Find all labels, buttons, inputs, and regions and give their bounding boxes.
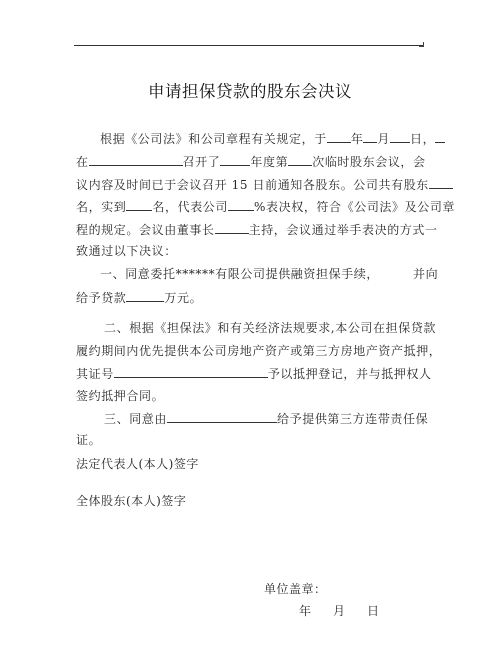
header-corner-mark [419, 42, 424, 47]
blank-certificate-number[interactable] [114, 366, 268, 378]
blank-location[interactable] [89, 154, 183, 166]
blank-fiscal-year[interactable] [220, 154, 250, 166]
item2-line2: 履约期间内优先提供本公司房地产资产或第三方房地产资产抵押， [76, 344, 441, 358]
date-day-label: 日 [367, 602, 380, 619]
header-rule [74, 45, 424, 46]
item2-line3: 其证号予以抵押登记，并与抵押权人 [76, 366, 432, 381]
blank-attending-count[interactable] [126, 199, 152, 211]
blank-voting-percent[interactable] [228, 199, 254, 211]
item1-line1: 一、同意委托******有限公司提供融资担保手续，并向 [100, 267, 438, 281]
all-shareholders-signature-label: 全体股东(本人)签字 [76, 492, 186, 509]
blank-session-number[interactable] [288, 154, 312, 166]
item2-line4: 签约抵押合同。 [76, 389, 164, 403]
blank-shareholder-count[interactable] [429, 177, 453, 189]
para1-line2: 在召开了年度第次临时股东会议，会 [76, 154, 426, 169]
item1-line2: 给予贷款万元。 [76, 290, 202, 305]
blank-month[interactable] [363, 131, 377, 143]
item3-line2: 证。 [76, 433, 101, 447]
blank-guarantor[interactable] [167, 411, 277, 423]
blank-year[interactable] [327, 131, 351, 143]
legal-representative-signature-label: 法定代表人(本人)签字 [76, 455, 199, 472]
date-year-label: 年 [299, 602, 312, 619]
para1-line1: 根据《公司法》和公司章程有关规定，于年月日， [100, 131, 445, 146]
blank-extra[interactable] [435, 131, 445, 143]
para1-line5: 程的规定。会议由董事长主持，会议通过举手表决的方式一 [76, 222, 438, 237]
date-month-label: 月 [333, 602, 346, 619]
item2-line1: 二、根据《担保法》和有关经济法规要求,本公司在担保贷款 [104, 321, 436, 335]
company-seal-label: 单位盖章： [264, 580, 327, 597]
para1-line3: 议内容及时间已于会议召开 15 日前通知各股东。公司共有股东 [76, 177, 453, 192]
item3-line1: 三、同意由给予提供第三方连带责任保 [104, 411, 428, 426]
document-title: 申请担保贷款的股东会决议 [0, 78, 500, 102]
blank-day[interactable] [390, 131, 410, 143]
blank-loan-amount[interactable] [126, 290, 164, 302]
para1-line4: 名，实到名，代表公司%表决权，符合《公司法》及公司章 [76, 199, 455, 214]
para1-line6: 致通过以下决议： [76, 244, 177, 258]
blank-chairman[interactable] [215, 222, 249, 234]
